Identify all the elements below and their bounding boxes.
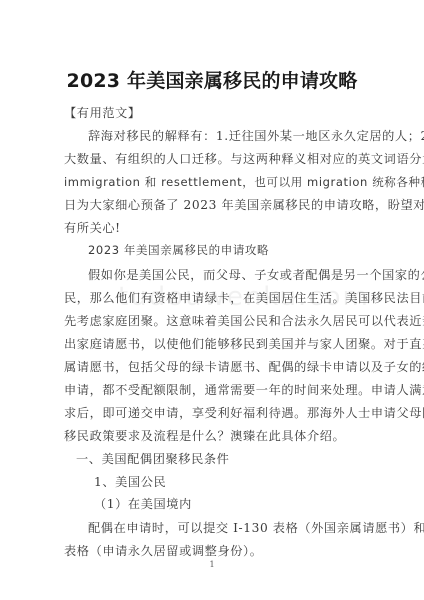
paragraph-line: 大数量、有组织的人口迁移。与这两种释义相对应的英文词语分为 [64,151,360,167]
paragraph-line: 配偶在申请时，可以提交 I-130 表格（外国亲属请愿书）和 I-485 [88,520,384,536]
page-number: 1 [0,560,424,569]
paragraph-line: 先考虑家庭团聚。这意味着美国公民和合法永久居民可以代表近亲提 [64,313,360,329]
paragraph-line: 出家庭请愿书，以使他们能够移民到美国并与家人团聚。对于直系亲 [64,336,360,352]
paragraph-line: 辞海对移民的解释有：1.迁往国外某一地区永久定居的人；2.较 [88,128,384,144]
paragraph-line: immigration 和 resettlement，也可以用 migratio… [64,174,360,190]
section-subtitle: 2023 年美国亲属移民的申请攻略 [88,242,384,258]
document-title: 2023 年美国亲属移民的申请攻略 [0,66,424,93]
sub-subsection-heading: （1）在美国境内 [94,496,390,512]
paragraph-line: 表格（申请永久居留或调整身份）。 [64,543,360,559]
paragraph-line: 申请，都不受配额限制，通常需要一年的时间来处理。申请人满意要 [64,382,360,398]
paragraph-line: 求后，即可递交申请，享受利好福利待遇。那海外人士申请父母团聚 [64,405,360,421]
subsection-heading: 1、美国公民 [94,474,390,490]
paragraph-line: 移民政策要求及流程是什么？澳臻在此具体介绍。 [64,428,360,444]
paragraph-line: 有所关心! [64,220,360,236]
paragraph-line: 日为大家细心预备了 2023 年美国亲属移民的申请攻略，盼望对大家 [64,197,360,213]
paragraph-line: 假如你是美国公民，而父母、子女或者配偶是另一个国家的公 [88,267,384,283]
section-heading: 一、美国配偶团聚移民条件 [76,451,372,467]
paragraph-line: 民，那么他们有资格申请绿卡，在美国居住生活。美国移民法目前优 [64,290,360,306]
tag-label: 【有用范文】 [64,105,360,121]
paragraph-line: 属请愿书，包括父母的绿卡请愿书、配偶的绿卡申请以及子女的绿卡 [64,359,360,375]
document-page: tudouwenku.com 2023 年美国亲属移民的申请攻略 【有用范文】 … [0,0,424,600]
